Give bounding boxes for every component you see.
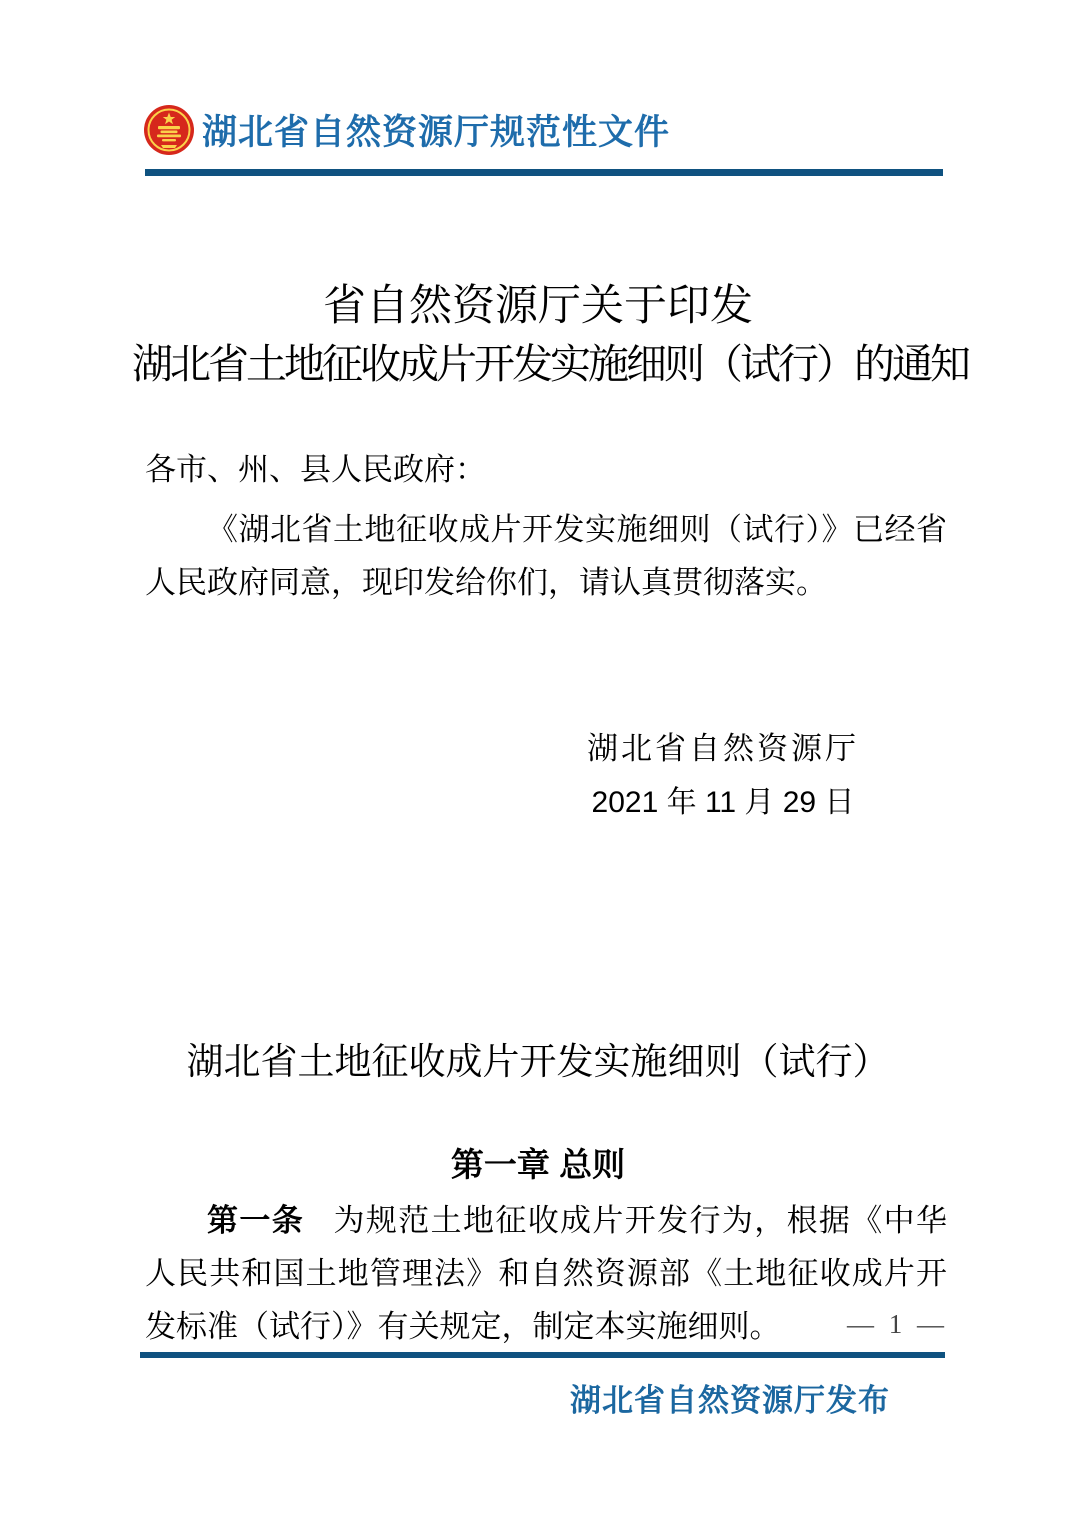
signature-date: 2021 年 11 月 29 日 [582, 776, 864, 830]
attachment-title: 湖北省土地征收成片开发实施细则（试行） [132, 1038, 944, 1088]
notice-title-line1: 省自然资源厅关于印发 [132, 278, 944, 336]
article-1-lead: 第一条 [207, 1203, 304, 1238]
header-rule [145, 169, 943, 176]
notice-title-line2: 湖北省土地征收成片开发实施细则（试行）的通知 [132, 336, 944, 392]
chapter-heading: 第一章 总则 [132, 1143, 944, 1187]
signature-organization: 湖北省自然资源厅 [582, 722, 864, 776]
notice-paragraph: 《湖北省土地征收成片开发实施细则（试行）》已经省人民政府同意，现印发给你们，请认… [145, 503, 947, 609]
notice-title: 省自然资源厅关于印发 湖北省土地征收成片开发实施细则（试行）的通知 [132, 278, 944, 392]
document-header: 湖北省自然资源厅规范性文件 [143, 104, 670, 156]
footer-publisher: 湖北省自然资源厅发布 [570, 1380, 890, 1422]
document-page: 湖北省自然资源厅规范性文件 省自然资源厅关于印发 湖北省土地征收成片开发实施细则… [0, 0, 1074, 1520]
notice-greeting: 各市、州、县人民政府： [145, 450, 486, 490]
footer-rule [140, 1352, 945, 1358]
signature-block: 湖北省自然资源厅 2021 年 11 月 29 日 [582, 722, 864, 830]
article-1-paragraph: 第一条为规范土地征收成片开发行为，根据《中华人民共和国土地管理法》和自然资源部《… [145, 1194, 947, 1353]
page-number: — 1 — [847, 1306, 948, 1342]
header-title: 湖北省自然资源厅规范性文件 [202, 105, 670, 155]
national-emblem-icon [143, 104, 195, 156]
